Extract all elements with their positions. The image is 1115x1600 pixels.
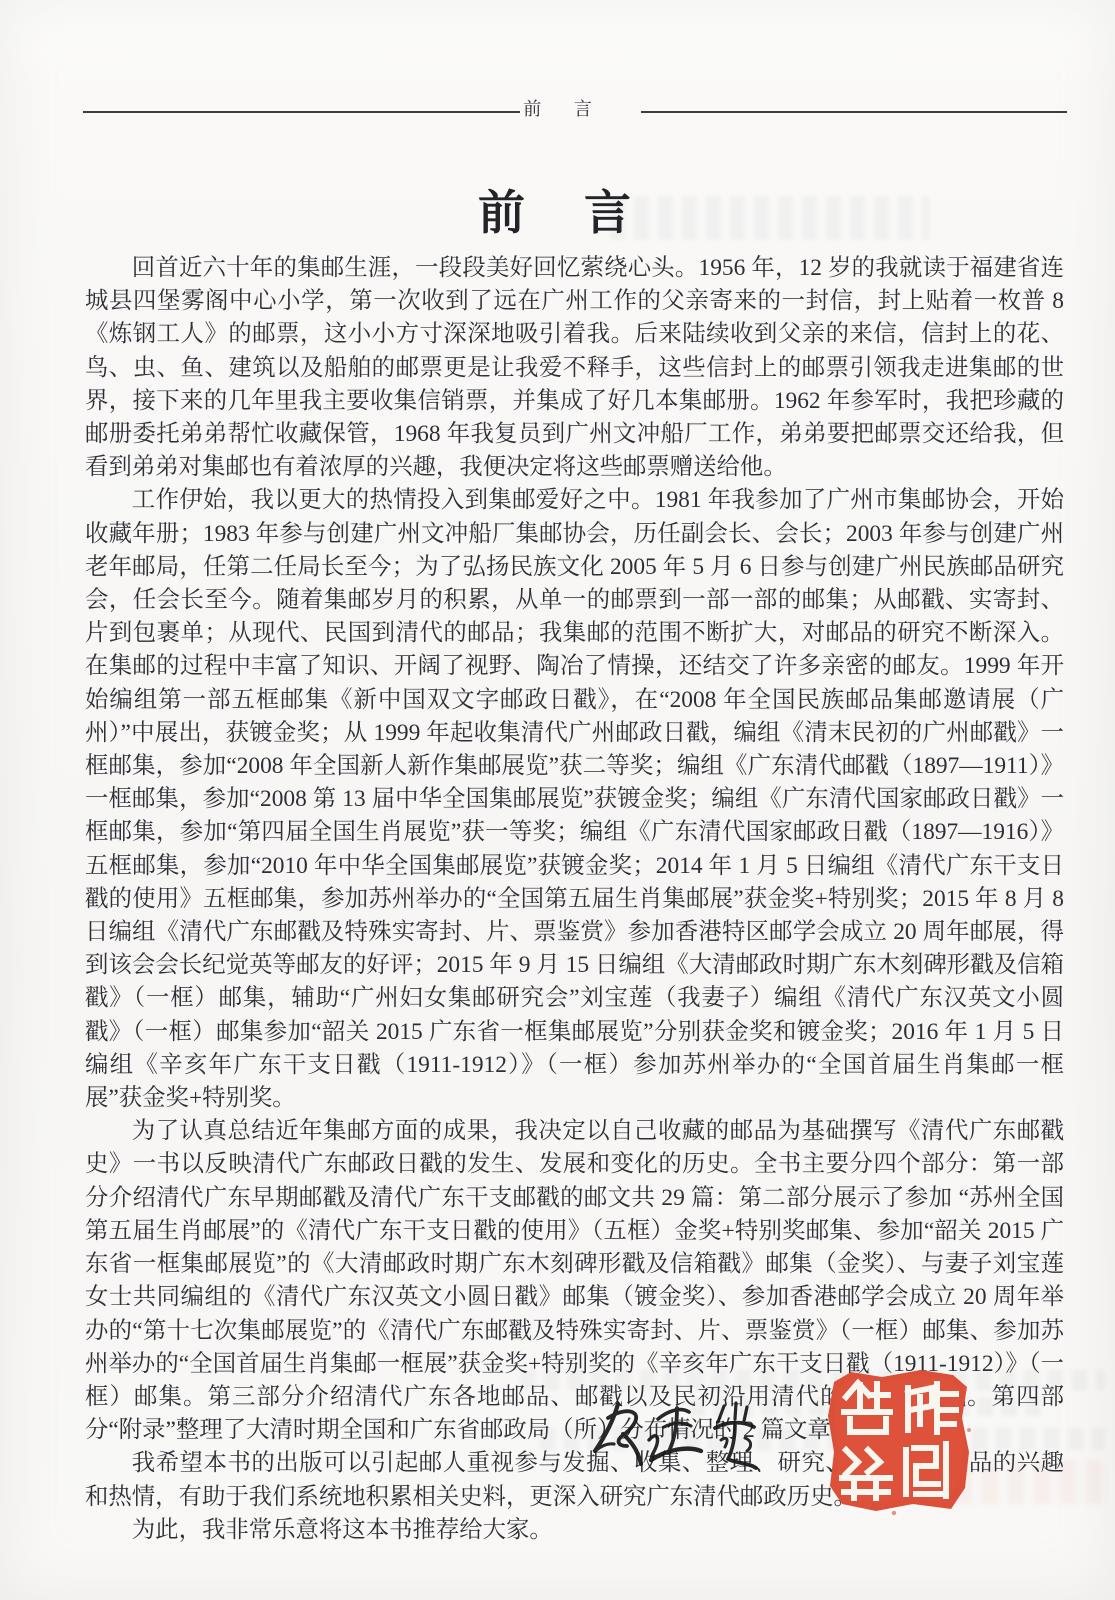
preface-paragraph: 工作伊始，我以更大的热情投入到集邮爱好之中。1981 年我参加了广州市集邮协会，… bbox=[85, 484, 1064, 1115]
preface-paragraph: 回首近六十年的集邮生涯，一段段美好回忆萦绕心头。1956 年，12 岁的我就读于… bbox=[85, 252, 1064, 484]
header-rule-right bbox=[641, 111, 1067, 113]
running-header: 前 言 bbox=[0, 95, 1115, 121]
signature-ink-icon bbox=[588, 1388, 778, 1483]
signature-zheng-daochong bbox=[588, 1388, 778, 1483]
name-seal bbox=[824, 1366, 974, 1518]
preface-page: 前 言 前 言 回首近六十年的集邮生涯，一段段美好回忆萦绕心头。1956 年，1… bbox=[0, 0, 1115, 1600]
page-title: 前 言 bbox=[0, 176, 1115, 243]
preface-paragraph: 为此，我非常乐意将这本书推荐给大家。 bbox=[85, 1514, 1064, 1547]
preface-body: 回首近六十年的集邮生涯，一段段美好回忆萦绕心头。1956 年，12 岁的我就读于… bbox=[85, 252, 1064, 1547]
seal-stamp-icon bbox=[824, 1366, 974, 1518]
